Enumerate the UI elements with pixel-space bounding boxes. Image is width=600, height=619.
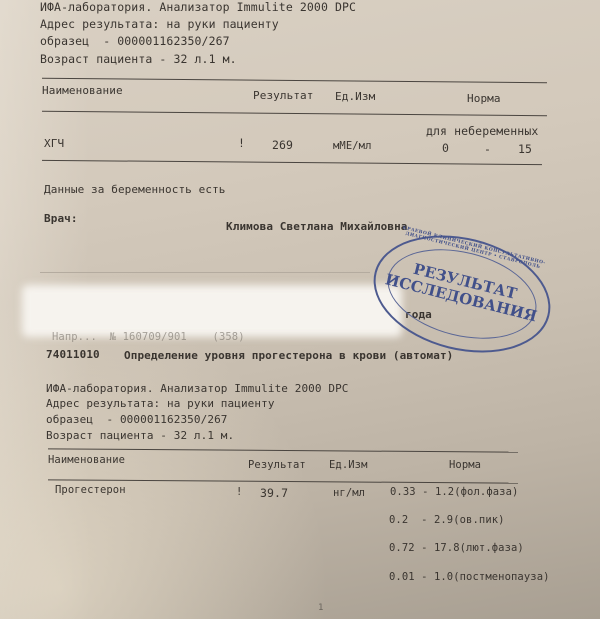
header-bottom-rule <box>42 111 547 116</box>
header-norm: Норма <box>467 92 501 105</box>
row-norm-high: 15 <box>518 142 532 156</box>
header-result: Результат <box>253 89 314 102</box>
test-code: 74011010 <box>46 348 100 361</box>
doctor-label: Врач: <box>44 212 78 225</box>
sample-line-2: образец - 000001162350/267 <box>46 413 228 426</box>
age-line: Возраст пациента - 32 л.1 м. <box>40 52 237 66</box>
header-unit: Ед.Изм <box>335 90 375 103</box>
row-result: 269 <box>272 138 293 152</box>
table-top-rule-2 <box>48 448 518 452</box>
redacted-area <box>22 285 402 337</box>
norm-range-3: 0.72 - 17.8(лют.фаза) <box>389 542 524 554</box>
test-title: Определение уровня прогестерона в крови … <box>124 349 453 362</box>
address-line: Адрес результата: на руки пациенту <box>40 17 279 31</box>
row-name-2: Прогестерон <box>55 484 126 496</box>
table-bottom-rule <box>42 160 542 165</box>
norm-range-4: 0.01 - 1.0(постменопауза) <box>389 571 550 583</box>
row-norm-low: 0 <box>442 141 449 155</box>
header-unit-2: Ед.Изм <box>329 459 368 471</box>
header-result-2: Результат <box>248 459 306 471</box>
address-line-2: Адрес результата: на руки пациенту <box>46 397 275 410</box>
age-line-2: Возраст пациента - 32 л.1 м. <box>46 429 234 442</box>
conclusion-text: Данные за беременность есть <box>44 183 226 196</box>
norm-range-1: 0.33 - 1.2(фол.фаза) <box>390 486 518 498</box>
header-norm-2: Норма <box>449 459 481 471</box>
referral-fragment: Напр... № 160709/901 (358) <box>52 331 245 343</box>
row-unit: мМЕ/мл <box>333 140 372 152</box>
doctor-name: Климова Светлана Михайловна <box>226 220 408 233</box>
page-mark: 1 <box>318 603 324 613</box>
row-name: ХГЧ <box>44 137 64 150</box>
sample-line: образец - 000001162350/267 <box>40 34 230 48</box>
header-name-2: Наименование <box>48 454 125 466</box>
row-flag: ! <box>238 136 245 150</box>
result-stamp: КРАЕВОЙ КЛИНИЧЕСКИЙ КОНСУЛЬТАТИВНО-ДИАГН… <box>361 218 563 370</box>
table-top-rule <box>42 78 547 83</box>
row-flag-2: ! <box>236 486 242 498</box>
row-norm-dash: - <box>484 142 491 156</box>
faint-rule <box>40 272 370 273</box>
row-result-2: 39.7 <box>260 486 288 500</box>
header-name: Наименование <box>42 84 123 97</box>
row-norm-label: для небеременных <box>426 124 538 138</box>
header-bottom-rule-2 <box>48 479 518 483</box>
lab-line: ИФА-лаборатория. Анализатор Immulite 200… <box>40 0 356 14</box>
row-unit-2: нг/мл <box>333 487 365 499</box>
lab-line-2: ИФА-лаборатория. Анализатор Immulite 200… <box>46 382 349 395</box>
norm-range-2: 0.2 - 2.9(ов.пик) <box>389 514 505 526</box>
